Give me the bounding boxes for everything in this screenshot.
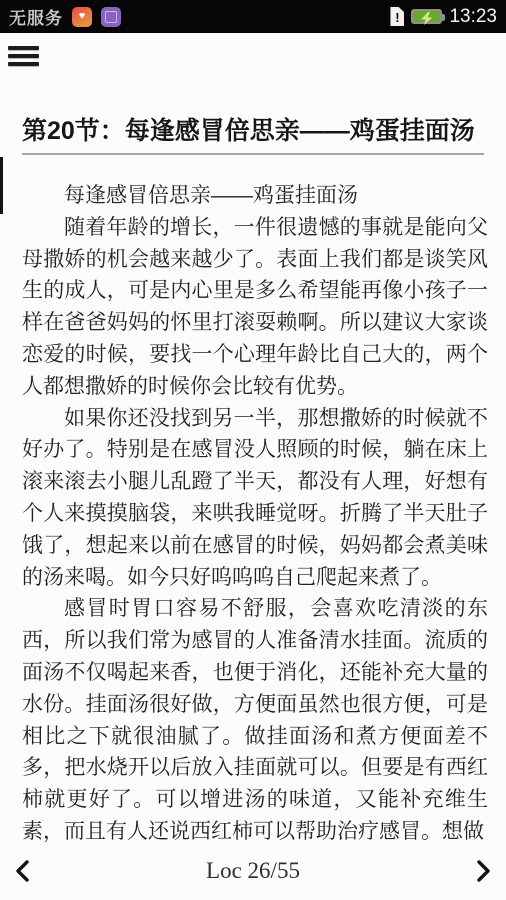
notification-app-icon-purple bbox=[101, 7, 121, 27]
battery-charging-icon bbox=[411, 9, 442, 24]
reader-content[interactable]: 每逢感冒倍思亲——鸡蛋挂面汤 随着年龄的增长，一件很遗憾的事就是能向父母撒娇的机… bbox=[22, 155, 488, 848]
menu-button[interactable] bbox=[8, 46, 39, 68]
android-status-bar: 无服务 ♥ ! 13:23 bbox=[0, 0, 506, 33]
scroll-position-indicator bbox=[0, 157, 3, 214]
body-paragraph: 随着年龄的增长，一件很遗憾的事就是能向父母撒娇的机会越来越少了。表面上我们都是谈… bbox=[22, 212, 488, 403]
subtitle-line: 每逢感冒倍思亲——鸡蛋挂面汤 bbox=[22, 180, 488, 212]
no-sim-icon: ! bbox=[390, 7, 404, 26]
chapter-title: 第20节：每逢感冒倍思亲——鸡蛋挂面汤 bbox=[22, 33, 484, 155]
previous-page-button[interactable] bbox=[14, 859, 31, 883]
next-page-button[interactable] bbox=[475, 859, 492, 883]
location-indicator: Loc 26/55 bbox=[31, 858, 475, 884]
ebook-reader-screen: 无服务 ♥ ! 13:23 第20节：每逢感冒倍思亲——鸡蛋挂面汤 每逢感冒倍思… bbox=[0, 0, 506, 900]
notification-app-icon-orange: ♥ bbox=[72, 7, 92, 27]
lightning-bolt-icon bbox=[418, 11, 436, 26]
chevron-left-icon bbox=[14, 859, 31, 883]
body-paragraph: 如果你还没找到另一半，那想撒娇的时候就不好办了。特别是在感冒没人照顾的时候，躺在… bbox=[22, 403, 488, 594]
status-bar-clock: 13:23 bbox=[449, 6, 497, 28]
hamburger-icon bbox=[8, 46, 39, 50]
status-bar-right-cluster: ! 13:23 bbox=[390, 6, 497, 28]
reader-page: 第20节：每逢感冒倍思亲——鸡蛋挂面汤 每逢感冒倍思亲——鸡蛋挂面汤 随着年龄的… bbox=[0, 33, 506, 900]
body-paragraph: 感冒时胃口容易不舒服，会喜欢吃清淡的东西，所以我们常为感冒的人准备清水挂面。流质… bbox=[22, 593, 488, 847]
reader-footer: Loc 26/55 bbox=[0, 842, 506, 900]
chevron-right-icon bbox=[475, 859, 492, 883]
carrier-status-text: 无服务 bbox=[9, 4, 63, 29]
